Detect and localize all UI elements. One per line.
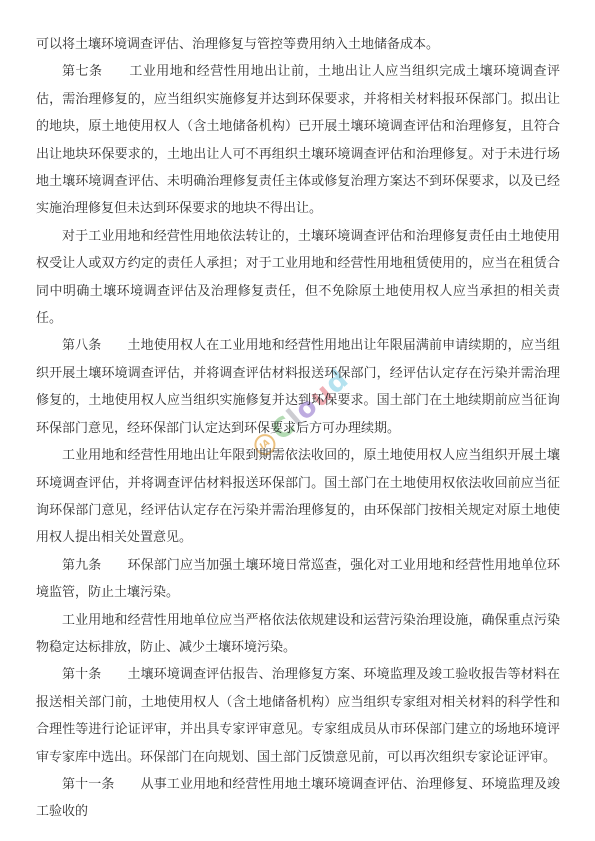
paragraph: 工业用地和经营性用地单位应当严格依法依规建设和运营污染治理设施，确保重点污染物稳… — [36, 606, 560, 661]
document-body: 可以将土壤环境调查评估、治理修复与管控等费用纳入土地储备成本。第七条 工业用地和… — [36, 30, 560, 825]
paragraph: 第十条 土壤环境调查评估报告、治理修复方案、环境监理及竣工验收报告等材料在报送相… — [36, 660, 560, 770]
paragraph: 第九条 环保部门应当加强土壤环境日常巡查，强化对工业用地和经营性用地单位环境监管… — [36, 551, 560, 606]
paragraph: 第八条 土地使用权人在工业用地和经营性用地出让年限届满前申请续期的，应当组织开展… — [36, 331, 560, 441]
paragraph: 工业用地和经营性用地出让年限到期需依法收回的，原土地使用权人应当组织开展土壤环境… — [36, 441, 560, 551]
paragraph: 第十一条 从事工业用地和经营性用地土壤环境调查评估、治理修复、环境监理及竣工验收… — [36, 770, 560, 825]
paragraph: 可以将土壤环境调查评估、治理修复与管控等费用纳入土地储备成本。 — [36, 30, 560, 57]
paragraph: 对于工业用地和经营性用地依法转让的，土壤环境调查评估和治理修复责任由土地使用权受… — [36, 222, 560, 332]
document-page: IA Cloud 可以将土壤环境调查评估、治理修复与管控等费用纳入土地储备成本。… — [0, 0, 595, 841]
paragraph: 第七条 工业用地和经营性用地出让前，土地出让人应当组织完成土壤环境调查评估，需治… — [36, 57, 560, 221]
